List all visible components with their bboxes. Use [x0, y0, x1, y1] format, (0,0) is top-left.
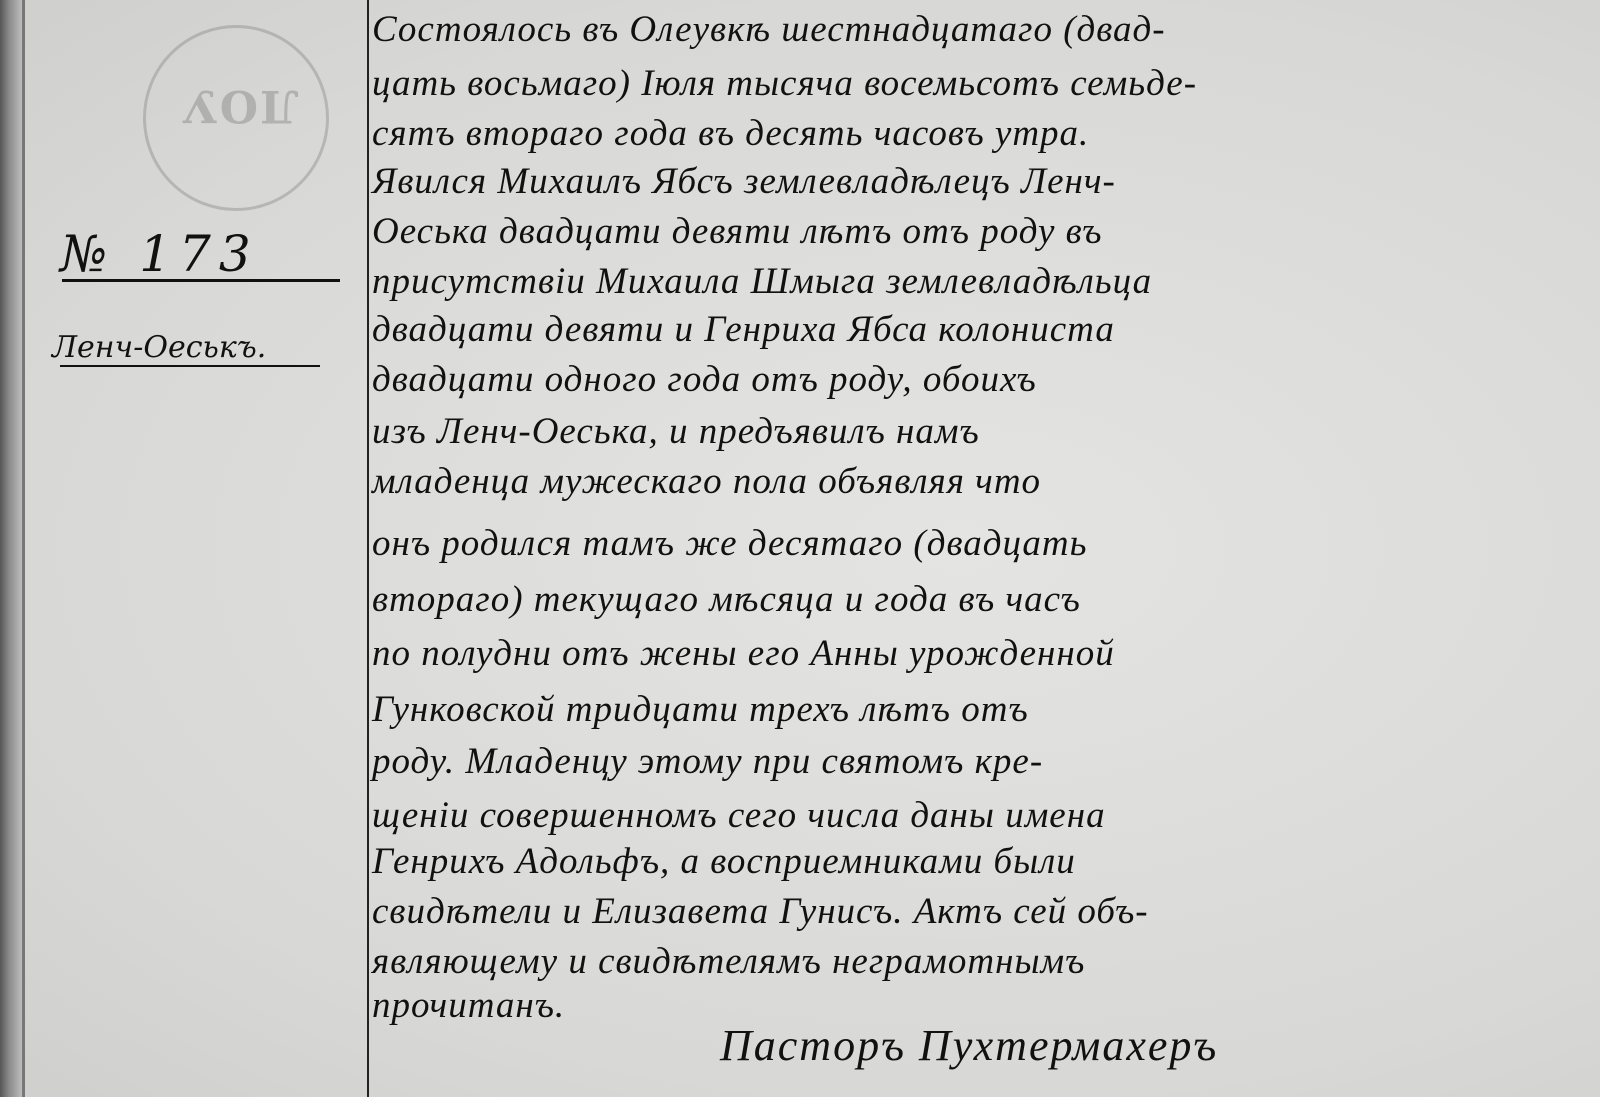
- text-line: прочитанъ.: [372, 984, 565, 1027]
- text-line: Генрихъ Адольфъ, а восприемниками были: [372, 840, 1076, 883]
- text-line: онъ родился тамъ же десятаго (двадцать: [372, 522, 1088, 565]
- binding-shadow: [22, 0, 25, 1097]
- book-binding-edge: [0, 0, 22, 1097]
- surname-underline: [60, 365, 320, 367]
- text-line: роду. Младенцу этому при святомъ кре-: [372, 740, 1043, 783]
- text-line: Явился Михаилъ Ябсъ землевладѣлецъ Ленч-: [372, 160, 1116, 203]
- text-line: Оеська двадцати девяти лѣтъ отъ роду въ: [372, 210, 1102, 253]
- text-line: сятъ втораго года въ десять часовъ утра.: [372, 112, 1089, 155]
- text-line: присутствіи Михаила Шмыга землевладѣльца: [372, 260, 1152, 303]
- text-line: втораго) текущаго мѣсяца и года въ часъ: [372, 578, 1081, 621]
- text-line: двадцати девяти и Генриха Ябса колониста: [372, 308, 1115, 351]
- margin-surname: Ленч-Оеськъ.: [52, 330, 266, 365]
- pastor-signature: Пасторъ Пухтермахеръ: [720, 1020, 1218, 1071]
- margin-rule: [367, 0, 369, 1097]
- text-line: являющему и свидѣтелямъ неграмотнымъ: [372, 940, 1085, 983]
- text-line: двадцати одного года отъ роду, обоихъ: [372, 358, 1037, 401]
- record-number-underline: [62, 279, 340, 282]
- text-line: Состоялось въ Олеувкѣ шестнадцатаго (два…: [372, 8, 1166, 51]
- text-line: младенца мужескаго пола объявляя что: [372, 460, 1041, 503]
- record-number: № 173: [60, 225, 259, 283]
- document-page: ЛОУ № 173 Ленч-Оеськъ. Состоялось въ Оле…: [0, 0, 1600, 1097]
- text-line: Гунковской тридцати трехъ лѣтъ отъ: [372, 688, 1029, 731]
- text-line: по полудни отъ жены его Анны урожденной: [372, 632, 1115, 675]
- stamp-text: ЛОУ: [180, 80, 299, 131]
- text-line: свидѣтели и Елизавета Гунисъ. Актъ сей о…: [372, 890, 1149, 933]
- text-line: изъ Ленч-Оеська, и предъявилъ намъ: [372, 410, 980, 453]
- text-line: щеніи совершенномъ сего числа даны имена: [372, 794, 1106, 837]
- text-line: цать восьмаго) Іюля тысяча восемьсотъ се…: [372, 62, 1197, 105]
